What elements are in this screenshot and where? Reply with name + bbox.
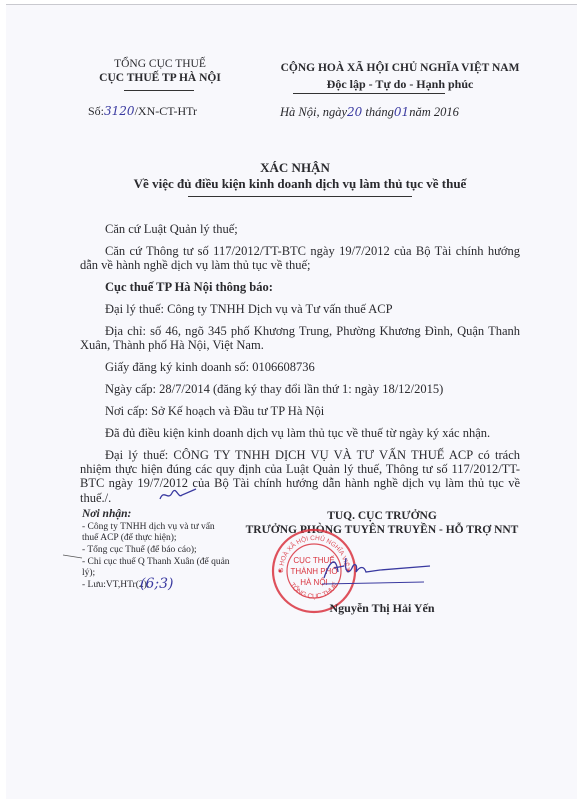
document-title: XÁC NHẬN	[130, 160, 460, 176]
business-license: Giấy đăng ký kinh doanh số: 0106608736	[80, 360, 520, 374]
agent-address: Địa chỉ: số 46, ngõ 345 phố Khương Trung…	[80, 324, 520, 352]
motto-underline	[293, 93, 445, 94]
number-suffix: /XN-CT-HTr	[135, 104, 197, 118]
date-month-label: tháng	[362, 105, 394, 119]
nation-title: CỘNG HOÀ XÃ HỘI CHỦ NGHĨA VIỆT NAM	[250, 62, 550, 74]
number-prefix: Số:	[88, 104, 104, 118]
issuer: Nơi cấp: Sở Kế hoạch và Đầu tư TP Hà Nội	[80, 404, 520, 418]
responsibility-statement: Đại lý thuế: CÔNG TY TNHH DỊCH VỤ VÀ TƯ …	[80, 448, 520, 505]
document-subject: Về việc đủ điều kiện kinh doanh dịch vụ …	[100, 176, 500, 192]
signer-name: Nguyễn Thị Hải Yến	[232, 601, 532, 616]
date-year: năm 2016	[409, 105, 459, 119]
announce-heading: Cục thuế TP Hà Nội thông báo:	[80, 280, 520, 294]
eligibility-statement: Đã đủ điều kiện kinh doanh dịch vụ làm t…	[80, 426, 520, 440]
agency-parent: TỔNG CỤC THUẾ	[62, 58, 258, 70]
agency-name: CỤC THUẾ TP HÀ NỘI	[62, 72, 258, 84]
subject-underline	[188, 196, 412, 197]
recipient-item: - Tổng cục Thuế (để báo cáo);	[82, 545, 232, 556]
tax-agent: Đại lý thuế: Công ty TNHH Dịch vụ và Tư …	[80, 302, 520, 316]
recipient-item: - Công ty TNHH dịch vụ và tư vấn thuế AC…	[82, 522, 232, 544]
document-page	[6, 4, 577, 799]
date-month: 01	[394, 105, 409, 119]
document-number: Số:3120/XN-CT-HTr	[88, 104, 197, 119]
document-date: Hà Nội, ngày20 tháng01năm 2016	[280, 105, 459, 120]
signature-on-behalf: TUQ. CỤC TRƯỞNG	[232, 510, 532, 522]
recipients-heading: Nơi nhận:	[82, 508, 131, 520]
number-handwritten: 3120	[104, 104, 135, 118]
handwritten-signature	[320, 552, 440, 588]
recipient-tick	[62, 553, 84, 561]
basis-law: Căn cứ Luật Quản lý thuế;	[80, 222, 520, 236]
handwritten-note: (6;3)	[140, 576, 173, 592]
initials-scribble	[158, 487, 198, 503]
nation-motto: Độc lập - Tự do - Hạnh phúc	[250, 77, 550, 92]
issue-date: Ngày cấp: 28/7/2014 (đăng ký thay đổi lầ…	[80, 382, 520, 396]
date-day: 20	[347, 105, 362, 119]
date-prefix: Hà Nội, ngày	[280, 105, 347, 119]
agency-underline	[124, 90, 194, 91]
basis-circular: Căn cứ Thông tư số 117/2012/TT-BTC ngày …	[80, 244, 520, 272]
